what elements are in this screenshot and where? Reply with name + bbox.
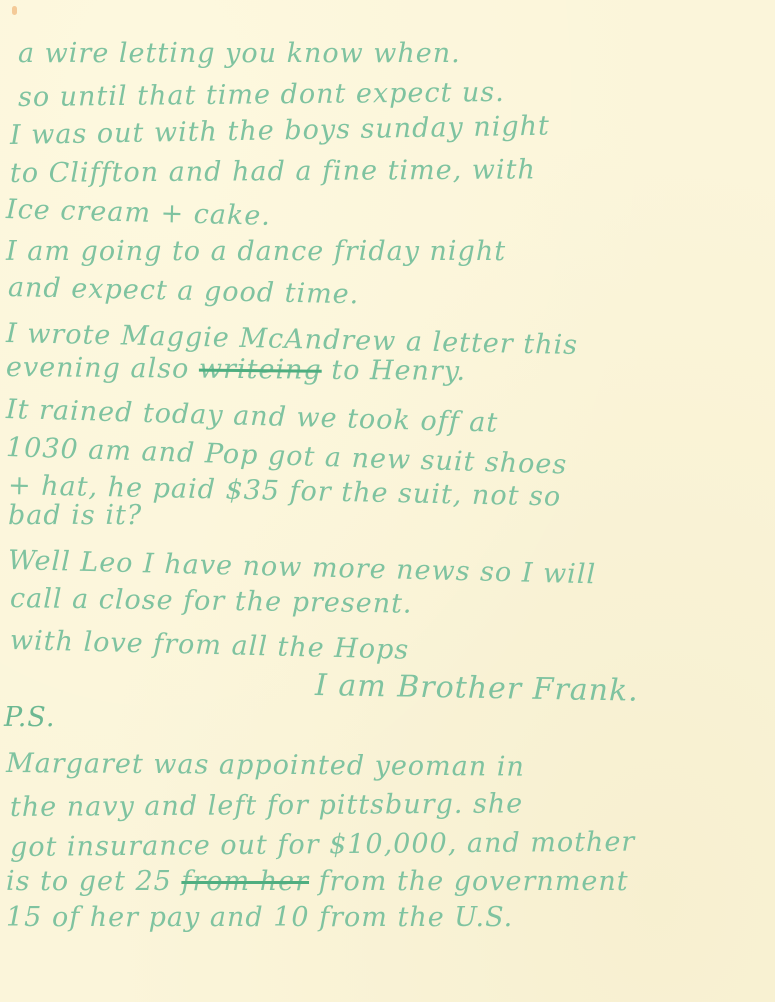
letter-page: a wire letting you know when. so until t… xyxy=(0,0,775,1002)
letter-line: bad is it? xyxy=(8,500,142,531)
postscript-line: Margaret was appointed yeoman in xyxy=(6,748,525,783)
letter-line: It rained today and we took off at xyxy=(6,394,499,439)
letter-line: to Cliffton and had a fine time, with xyxy=(10,154,536,189)
letter-line: and expect a good time. xyxy=(8,272,360,310)
postscript-label: P.S. xyxy=(4,702,55,733)
postscript-line: the navy and left for pittsburg. she xyxy=(10,788,523,823)
letter-line: evening also writeing to Henry. xyxy=(6,352,466,387)
letter-text: is to get 25 xyxy=(6,866,181,897)
letter-line: call a close for the present. xyxy=(10,583,413,620)
letter-line: a wire letting you know when. xyxy=(18,38,461,69)
paper-stain xyxy=(12,6,17,15)
letter-text: evening also xyxy=(6,352,199,385)
letter-text: from the government xyxy=(309,866,629,897)
signature: I am Brother Frank. xyxy=(315,668,639,709)
postscript-line: is to get 25 from her from the governmen… xyxy=(6,866,629,897)
struck-word: writeing xyxy=(199,354,322,386)
letter-line: with love from all the Hops xyxy=(10,625,410,666)
letter-line: Ice cream + cake. xyxy=(6,194,272,232)
letter-line: I am going to a dance friday night xyxy=(6,236,506,267)
letter-line: I was out with the boys sunday night xyxy=(10,111,550,151)
letter-text: to Henry. xyxy=(322,355,467,387)
postscript-line: got insurance out for $10,000, and mothe… xyxy=(10,827,636,863)
postscript-line: 15 of her pay and 10 from the U.S. xyxy=(6,902,513,933)
letter-line: so until that time dont expect us. xyxy=(18,77,505,113)
struck-word: from her xyxy=(181,866,309,897)
